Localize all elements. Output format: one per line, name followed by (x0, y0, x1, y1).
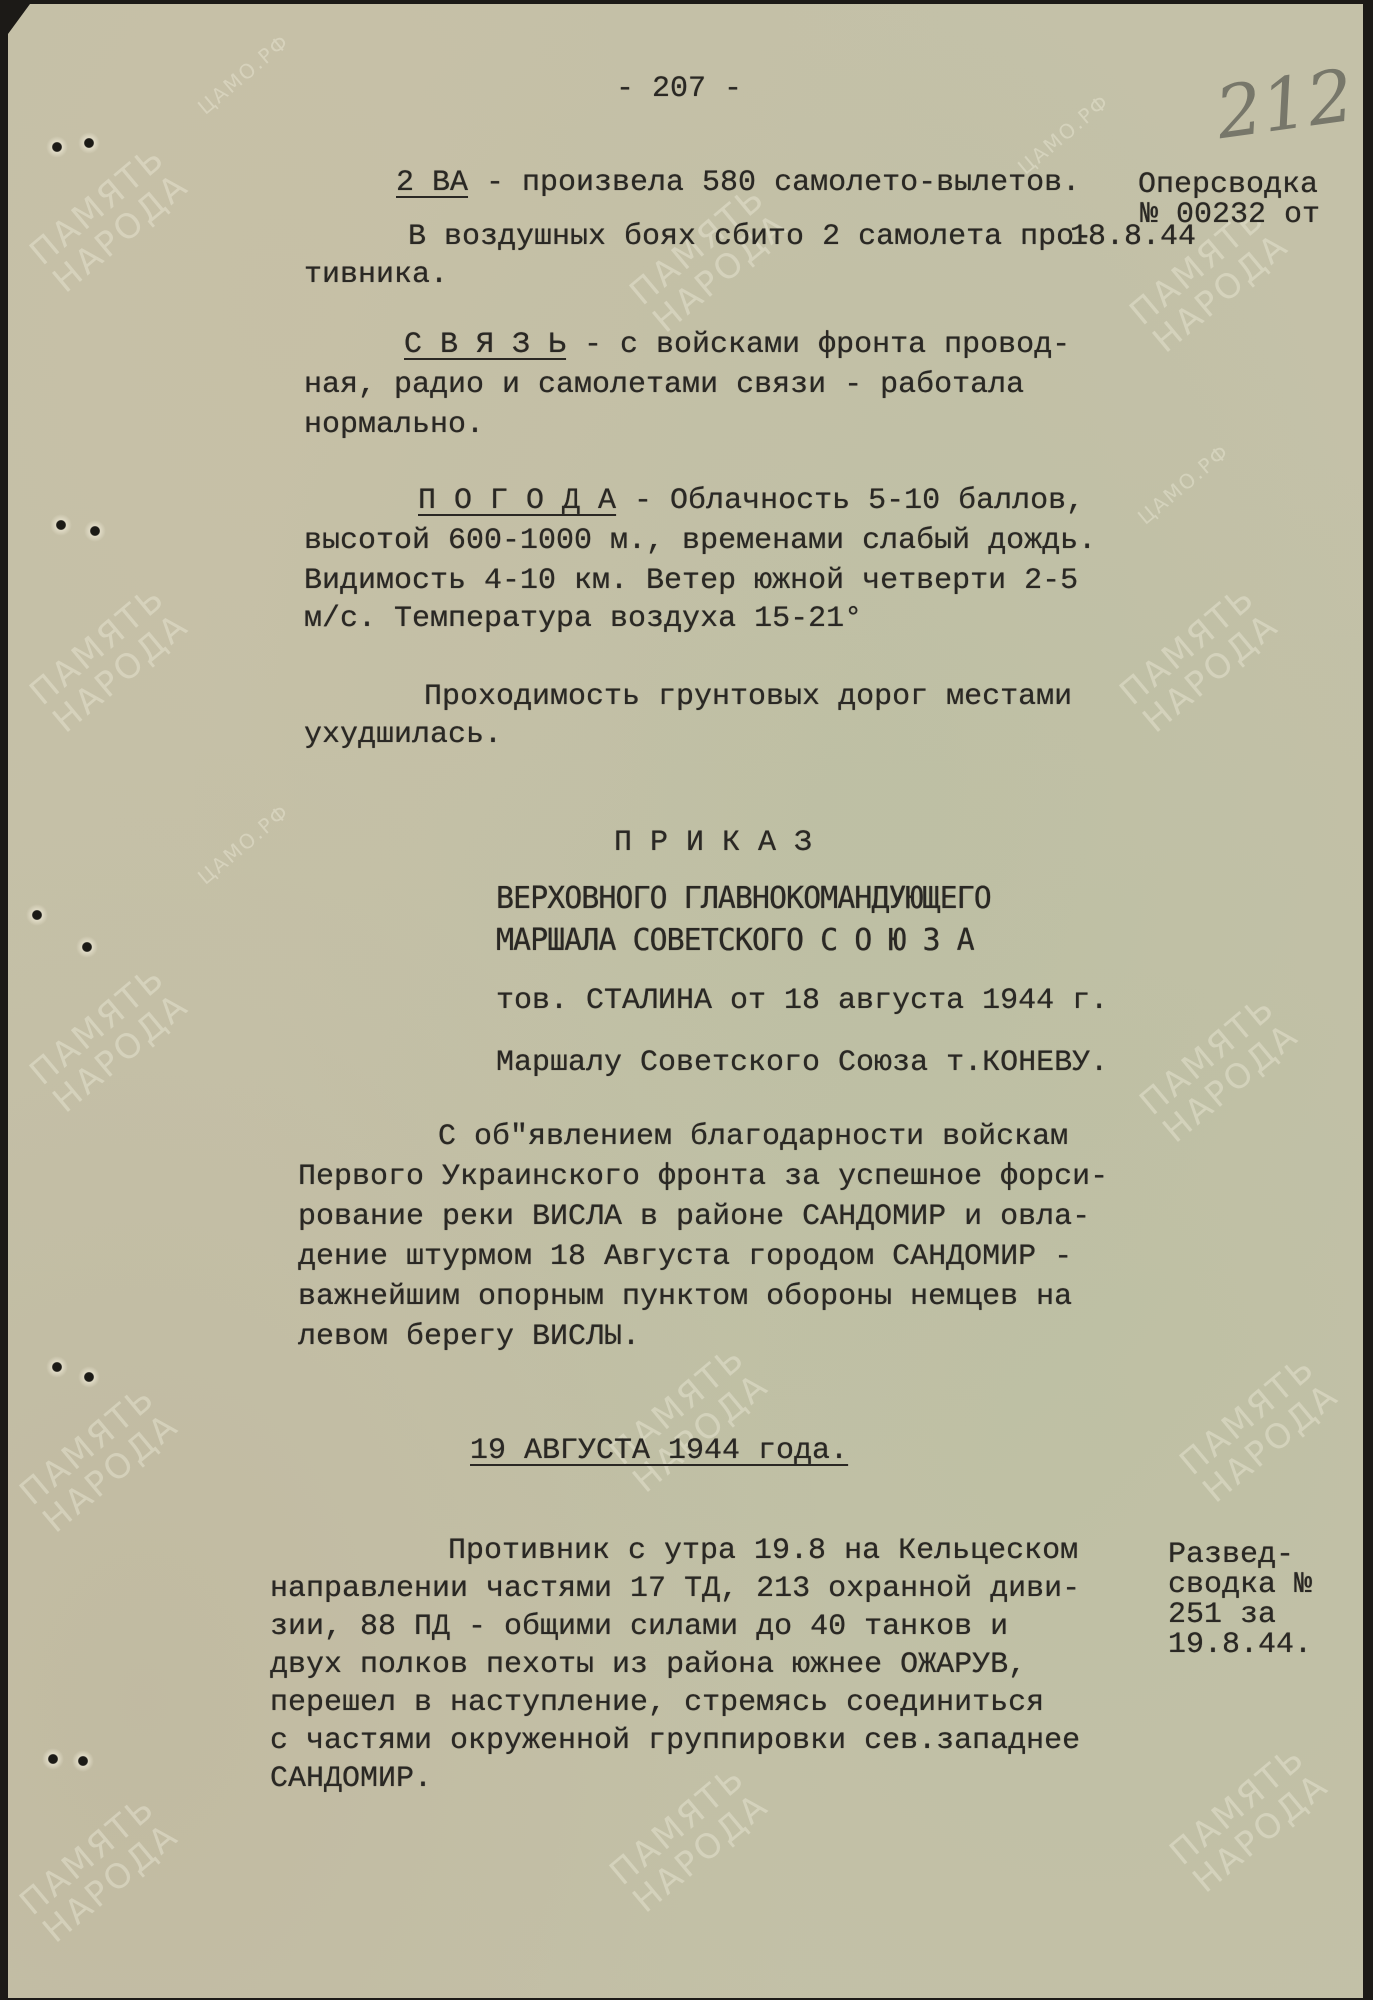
watermark-small: ЦАМО.РФ (194, 31, 293, 119)
enemy-body-line: двух полков пехоты из района южнее ОЖАРУ… (270, 1646, 1026, 1684)
punch-hole (72, 1750, 94, 1772)
watermark-small: ЦАМО.РФ (1134, 441, 1233, 529)
air-report-line1: 2 ВА - произвела 580 самолето-вылетов. (396, 164, 1080, 202)
weather-line4: м/с. Температура воздуха 15-21° (304, 600, 862, 638)
enemy-body-line: Противник с утра 19.8 на Кельцеском (448, 1532, 1078, 1570)
order-body-line: важнейшим опорным пунктом обороны немцев… (298, 1278, 1072, 1316)
order-body-line: С об"явлением благодарности войскам (438, 1118, 1068, 1156)
air-report-line3: тивника. (304, 256, 448, 294)
order-title: П Р И К А З (614, 824, 812, 862)
roads-line1: Проходимость грунтовых дорог местами (424, 678, 1072, 716)
watermark: ПАМЯТЬНАРОДА (14, 1790, 185, 1950)
punch-hole (46, 136, 68, 158)
watermark: ПАМЯТЬНАРОДА (14, 1380, 185, 1540)
punch-hole (46, 1356, 68, 1378)
watermark: ПАМЯТЬНАРОДА (1114, 580, 1285, 740)
page-number: - 207 - (616, 70, 742, 108)
archive-sheet-number: 212 (1211, 53, 1359, 155)
watermark: ПАМЯТЬНАРОДА (24, 140, 195, 300)
enemy-body-line: зии, 88 ПД - общими силами до 40 танков … (270, 1608, 1008, 1646)
watermark: ПАМЯТЬНАРОДА (24, 580, 195, 740)
weather-label: П О Г О Д А (418, 484, 616, 518)
order-body-line: левом берегу ВИСЛЫ. (298, 1318, 640, 1356)
intel-margin-note: 19.8.44. (1168, 1626, 1312, 1664)
punch-hole (76, 936, 98, 958)
watermark: ПАМЯТЬНАРОДА (604, 1760, 775, 1920)
weather-line2: высотой 600-1000 м., временами слабый до… (304, 522, 1096, 560)
comms-line3: нормально. (304, 406, 484, 444)
air-label: 2 ВА (396, 166, 468, 200)
order-heading-line2: МАРШАЛА СОВЕТСКОГО С О Ю З А (496, 922, 974, 960)
punch-hole (78, 132, 100, 154)
punch-hole (78, 1366, 100, 1388)
order-body-line: дение штурмом 18 Августа городом САНДОМИ… (298, 1238, 1072, 1276)
watermark: ПАМЯТЬНАРОДА (1134, 990, 1305, 1150)
watermark: ПАМЯТЬНАРОДА (624, 180, 795, 340)
watermark-small: ЦАМО.РФ (194, 801, 293, 889)
punch-hole (84, 520, 106, 542)
date-heading: 19 АВГУСТА 1944 года. (470, 1432, 848, 1470)
watermark: ПАМЯТЬНАРОДА (604, 1340, 775, 1500)
watermark: ПАМЯТЬНАРОДА (1174, 1350, 1345, 1510)
order-addressee: Маршалу Советского Союза т.КОНЕВУ. (496, 1044, 1108, 1082)
order-body-line: рование реки ВИСЛА в районе САНДОМИР и о… (298, 1198, 1090, 1236)
watermark: ПАМЯТЬНАРОДА (24, 960, 195, 1120)
comms-label: С В Я З Ь (404, 328, 566, 362)
weather-line3: Видимость 4-10 км. Ветер южной четверти … (304, 562, 1078, 600)
document-page: ПАМЯТЬНАРОДА ПАМЯТЬНАРОДА ПАМЯТЬНАРОДА П… (8, 4, 1363, 1998)
weather-line1: П О Г О Д А - Облачность 5-10 баллов, (418, 482, 1084, 520)
enemy-body-line: с частями окруженной группировки сев.зап… (270, 1722, 1080, 1760)
air-report-line2: В воздушных боях сбито 2 самолета про- (408, 218, 1092, 256)
comms-line2: ная, радио и самолетами связи - работала (304, 366, 1024, 404)
punch-hole (42, 1748, 64, 1770)
order-body-line: Первого Украинского фронта за успешное ф… (298, 1158, 1108, 1196)
watermark: ПАМЯТЬНАРОДА (1164, 1740, 1335, 1900)
enemy-body-line: САНДОМИР. (270, 1760, 432, 1798)
order-heading-line3: тов. СТАЛИНА от 18 августа 1944 г. (496, 982, 1108, 1020)
enemy-body-line: направлении частями 17 ТД, 213 охранной … (270, 1570, 1080, 1608)
order-heading-line1: ВЕРХОВНОГО ГЛАВНОКОМАНДУЮЩЕГО (496, 880, 991, 918)
punch-hole (50, 514, 72, 536)
comms-line1: С В Я З Ь - с войсками фронта провод- (404, 326, 1070, 364)
roads-line2: ухудшилась. (304, 716, 502, 754)
punch-hole (26, 904, 48, 926)
enemy-body-line: перешел в наступление, стремясь соединит… (270, 1684, 1044, 1722)
air-margin-note-3: 18.8.44 (1070, 218, 1196, 256)
